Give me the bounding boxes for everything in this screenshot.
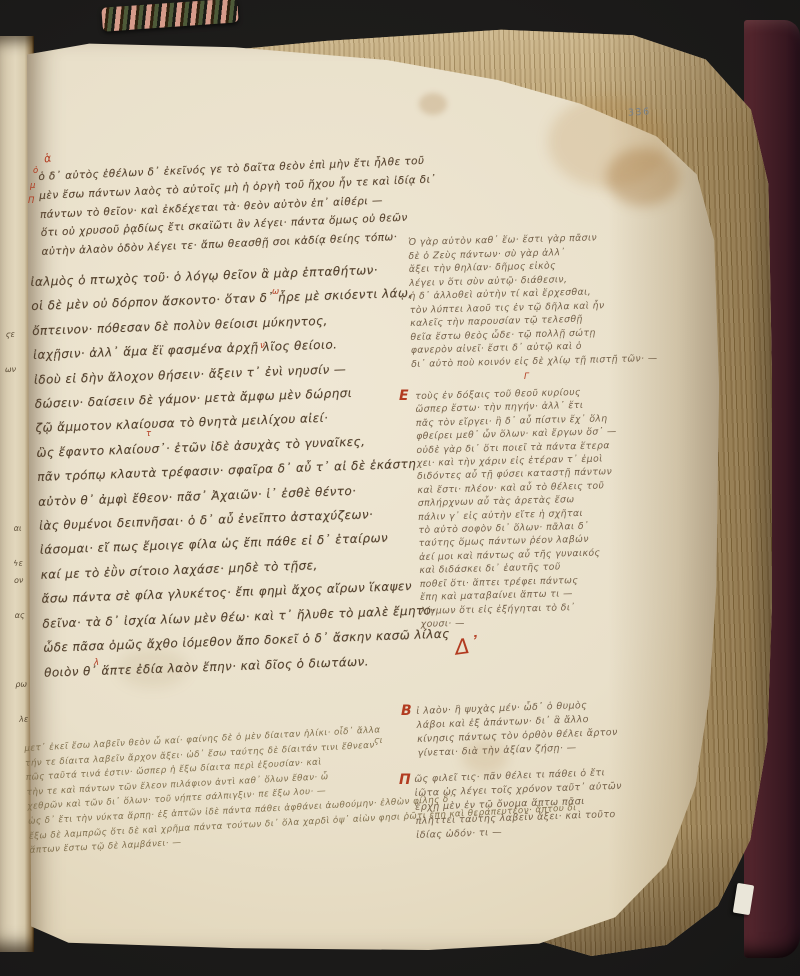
rubric-ornament-delta: Δ᾽ [453,632,482,659]
margin-commentary-block-4: ῶς φιλεῖ τις· πᾶν θέλει τι πάθει ὁ ἔτιἰῶ… [414,765,642,843]
text-line: ας [4,611,24,621]
parchment-stain [606,148,680,206]
folio-number: 336 [628,106,651,118]
text-line: ων [0,365,16,375]
text-line: ϛε [0,330,15,340]
parchment-stain [419,93,447,115]
text-line: αι [1,524,21,534]
main-verse-block: ἰαλμὸς ὁ πτωχὸς τοῦ· ὁ λόγῳ θεῖον ἃ μὰρ … [30,256,440,684]
rubric-initial-epsilon: Ε [399,388,409,404]
rubric-section-mark: Γ [524,372,529,382]
margin-commentary-block-3: ἰ λαὸν· ἢ ψυχὰς μέν· ὧδ᾽ ὁ θυμὸςλάβοι κα… [416,697,642,761]
text-line: ον [3,576,23,586]
scholia-top-block: ὁ δ᾽ αὐτὸς ἐθέλων δ᾽ ἐκεῖνός γε τὸ δαῖτα… [38,152,434,262]
text-line: λε [8,715,28,725]
rubric-margin-letter: μ [30,181,36,191]
manuscript-photo: ϛεωναιϟεοναςρωλε 336 ἁ ὁ μ Π ω ν τ λ ὁ δ… [0,0,800,976]
rubric-initial-pi: Π [399,772,411,788]
endband-textile [101,0,238,32]
text-line: ρω [7,680,27,690]
rubric-initial-beta: Β [401,703,412,719]
rubric-margin-letter: Π [28,196,35,206]
rubric-flourish: ἁ [43,151,53,165]
margin-commentary-block-1: Ὁ γὰρ αὐτὸν καθ᾽ ἕω· ἔστι γὰρ πᾶσινδὲ ὁ … [408,230,639,371]
text-line: ϟε [3,559,23,569]
margin-commentary-block-2: τοὺς ἐν δόξαις τοῦ θεοῦ κυρίουςὥσπερ ἔστ… [415,385,645,632]
quire-mark: ϛι [374,736,383,746]
